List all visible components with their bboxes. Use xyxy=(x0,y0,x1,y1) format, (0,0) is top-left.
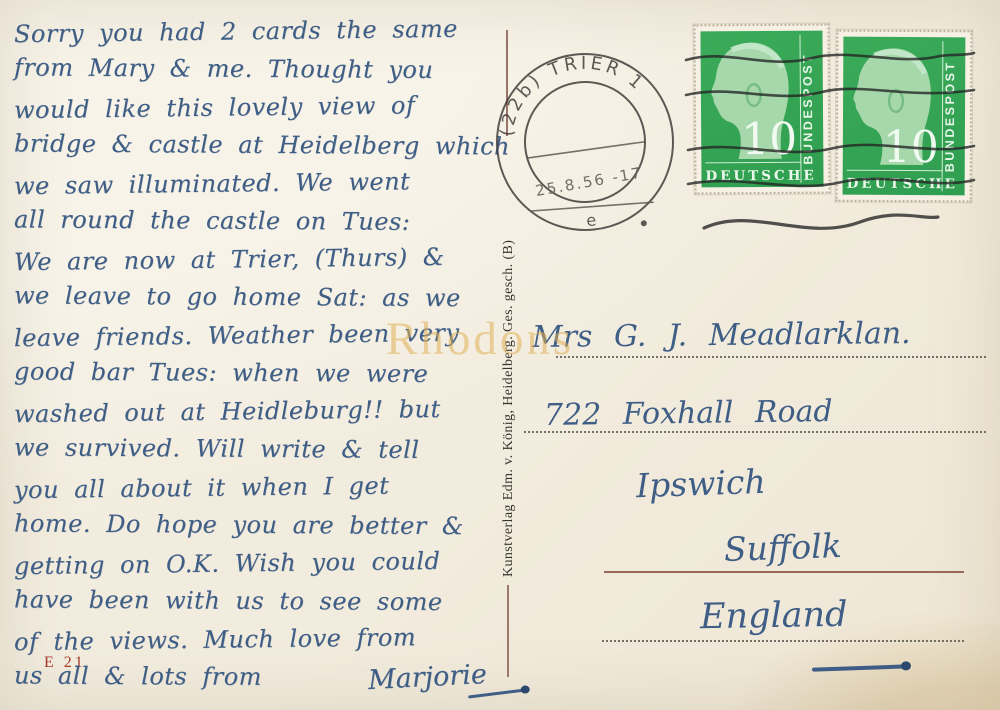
svg-text:(22b) TRIER 1: (22b) TRIER 1 xyxy=(488,46,653,140)
message-line: Sorry you had 2 cards the same xyxy=(14,9,534,53)
stamp-service-text: BUNDESPOST xyxy=(800,35,815,183)
stamp-country-label: DEUTSCHE xyxy=(847,176,941,192)
country-underline-flourish xyxy=(812,664,908,671)
message-line: good bar Tues: when we were xyxy=(14,352,534,393)
address-country: England xyxy=(700,595,848,638)
postcard-back: Sorry you had 2 cards the same from Mary… xyxy=(0,0,1000,710)
stamp-country-label: DEUTSCHE xyxy=(705,168,799,185)
message-block: Sorry you had 2 cards the same from Mary… xyxy=(14,12,534,696)
stamp-service-label: BUNDESPOST xyxy=(943,41,965,191)
message-line: bridge & castle at Heidelberg which xyxy=(14,124,534,165)
stamp-denomination: 10 xyxy=(741,118,797,162)
postmark-index-letter: e xyxy=(585,210,597,230)
message-line: of the views. Much love from xyxy=(14,617,534,661)
postmark-dot xyxy=(641,220,648,227)
address-rule-solid xyxy=(604,571,964,573)
stamp-service-text: BUNDESPOST xyxy=(943,41,958,191)
message-line: from Mary & me. Thought you xyxy=(14,48,534,89)
address-name: Mrs G. J. Meadlarklan. xyxy=(532,316,911,355)
stamp-denomination: 10 xyxy=(883,126,939,170)
postmark-date: 25.8.56 -17 xyxy=(534,164,644,201)
stamp-service-label: BUNDESPOST xyxy=(800,35,822,183)
address-county: Suffolk xyxy=(723,526,842,569)
message-line: have been with us to see some xyxy=(14,580,534,621)
message-line: we survived. Will write & tell xyxy=(14,428,534,469)
message-line: you all about it when I get xyxy=(14,465,534,509)
address-street: 722 Foxhall Road xyxy=(544,394,833,433)
postmark-stamp: (22b) TRIER 1 25.8.56 -17 e xyxy=(485,35,685,235)
signature: Marjorie xyxy=(367,659,487,696)
message-line: we saw illuminated. We went xyxy=(14,161,534,205)
message-line: getting on O.K. Wish you could xyxy=(14,541,534,585)
stamp-panel: 10 BUNDESPOST DEUTSCHE xyxy=(843,37,966,196)
message-line: we leave to go home Sat: as we xyxy=(14,276,534,317)
message-line: washed out at Heidleburg!! but xyxy=(14,389,534,433)
message-line: would like this lovely view of xyxy=(14,85,534,129)
postage-stamp: 10 BUNDESPOST DEUTSCHE xyxy=(836,30,973,203)
postmark-bar xyxy=(526,142,646,159)
postmark-arc-text: (22b) TRIER 1 xyxy=(488,46,653,140)
message-line: leave friends. Weather been very xyxy=(14,313,534,357)
stamp-panel: 10 BUNDESPOST DEUTSCHE xyxy=(700,31,823,188)
message-line: home. Do hope you are better & xyxy=(14,504,534,545)
message-line: all round the castle on Tues: xyxy=(14,200,534,241)
message-line: We are now at Trier, (Thurs) & xyxy=(14,237,534,281)
address-town: Ipswich xyxy=(635,462,766,506)
address-rule-dotted xyxy=(556,356,986,358)
address-rule-dotted xyxy=(602,640,964,642)
postage-stamp: 10 BUNDESPOST DEUTSCHE xyxy=(693,24,830,195)
